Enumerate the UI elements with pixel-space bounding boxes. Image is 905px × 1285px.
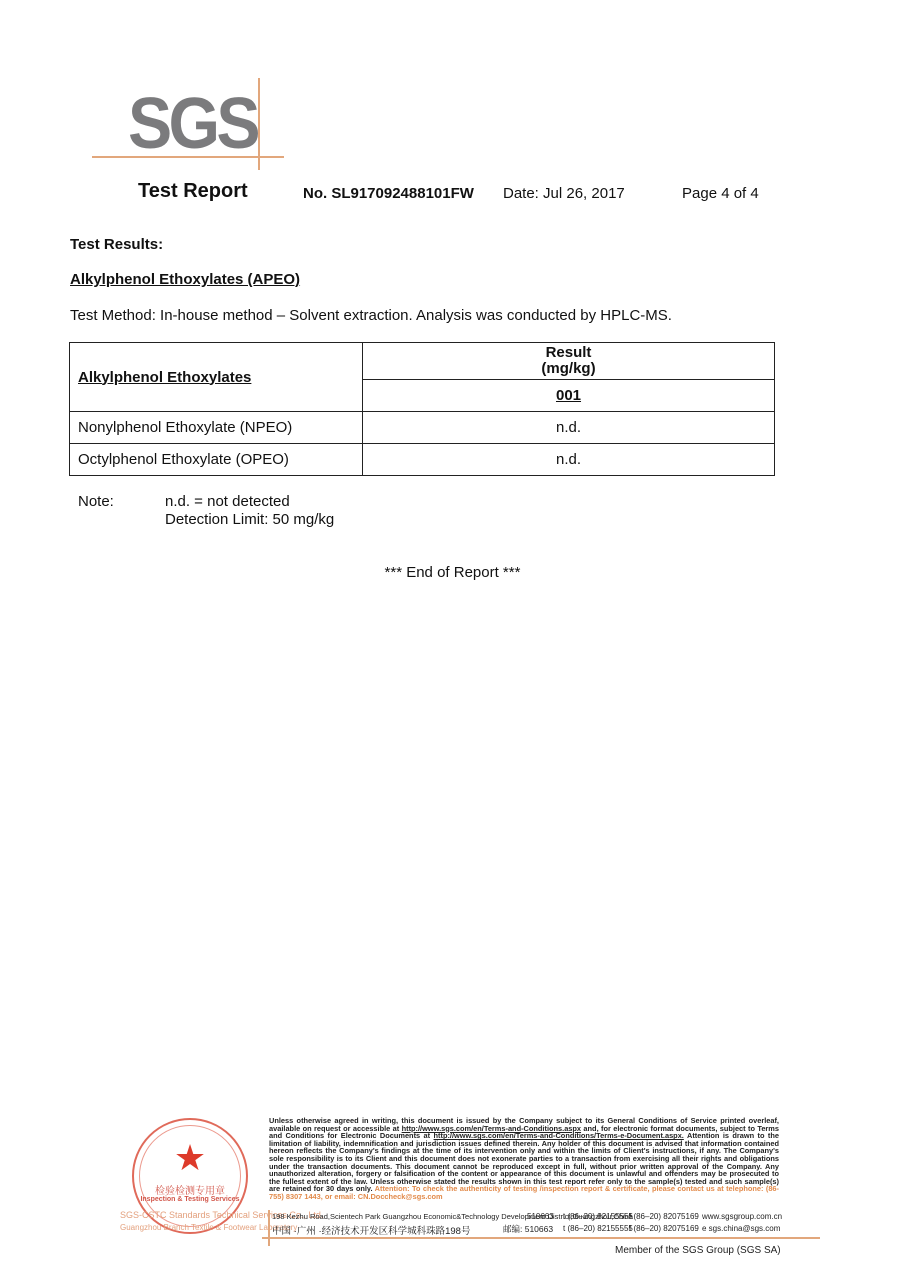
seal-english-text: Inspection & Testing Services: [134, 1196, 246, 1203]
lab-branch: Guangzhou Branch Textile & Footwear Labo…: [120, 1223, 297, 1232]
substance-name: Nonylphenol Ethoxylate (NPEO): [70, 412, 363, 444]
table-row: Octylphenol Ethoxylate (OPEO) n.d.: [70, 444, 775, 476]
email-link[interactable]: e sgs.china@sgs.com: [702, 1224, 780, 1233]
telephone: t (86–20) 82155555: [563, 1212, 633, 1221]
column-header-result: Result (mg/kg): [363, 343, 775, 380]
telephone: t (86–20) 82155555: [563, 1224, 633, 1233]
logo-horizontal-rule: [92, 156, 284, 158]
column-header-substance: Alkylphenol Ethoxylates: [70, 343, 363, 412]
fax: f (86–20) 82075169: [629, 1212, 699, 1221]
result-value: n.d.: [363, 444, 775, 476]
sgs-logo: SGS: [128, 84, 257, 164]
legal-disclaimer: Unless otherwise agreed in writing, this…: [269, 1117, 779, 1201]
substance-name: Octylphenol Ethoxylate (OPEO): [70, 444, 363, 476]
website-link[interactable]: www.sgsgroup.com.cn: [702, 1212, 782, 1221]
note-line: n.d. = not detected: [165, 493, 290, 510]
table-row: Nonylphenol Ethoxylate (NPEO) n.d.: [70, 412, 775, 444]
seal-chinese-text: 检验检测专用章: [134, 1182, 246, 1197]
result-value: n.d.: [363, 412, 775, 444]
note-line: Detection Limit: 50 mg/kg: [165, 511, 334, 528]
test-method: Test Method: In-house method – Solvent e…: [70, 307, 672, 324]
section-heading: Test Results:: [70, 236, 163, 253]
page-indicator: Page 4 of 4: [682, 185, 759, 202]
result-label: Result: [546, 344, 592, 361]
section-subheading: Alkylphenol Ethoxylates (APEO): [70, 271, 300, 288]
result-unit: (mg/kg): [541, 360, 595, 377]
postcode-chinese: 邮编: 510663: [503, 1223, 553, 1235]
logo-vertical-rule: [258, 78, 260, 170]
footer-horizontal-rule: [262, 1237, 820, 1239]
star-icon: ★: [134, 1140, 246, 1176]
report-number: No. SL917092488101FW: [303, 185, 474, 202]
address-chinese: 中国 ·广州 ·经济技术开发区科学城科珠路198号: [272, 1223, 470, 1237]
postcode-english: 510663: [527, 1212, 554, 1221]
report-title: Test Report: [138, 180, 248, 203]
results-table: Alkylphenol Ethoxylates Result (mg/kg) 0…: [69, 342, 775, 476]
footer-vertical-rule: [268, 1210, 270, 1246]
fax: f (86–20) 82075169: [629, 1224, 699, 1233]
note-label: Note:: [78, 493, 114, 510]
column-header-sample-id: 001: [363, 380, 775, 412]
member-statement: Member of the SGS Group (SGS SA): [615, 1245, 781, 1256]
end-of-report: *** End of Report ***: [0, 564, 905, 581]
report-date: Date: Jul 26, 2017: [503, 185, 625, 202]
